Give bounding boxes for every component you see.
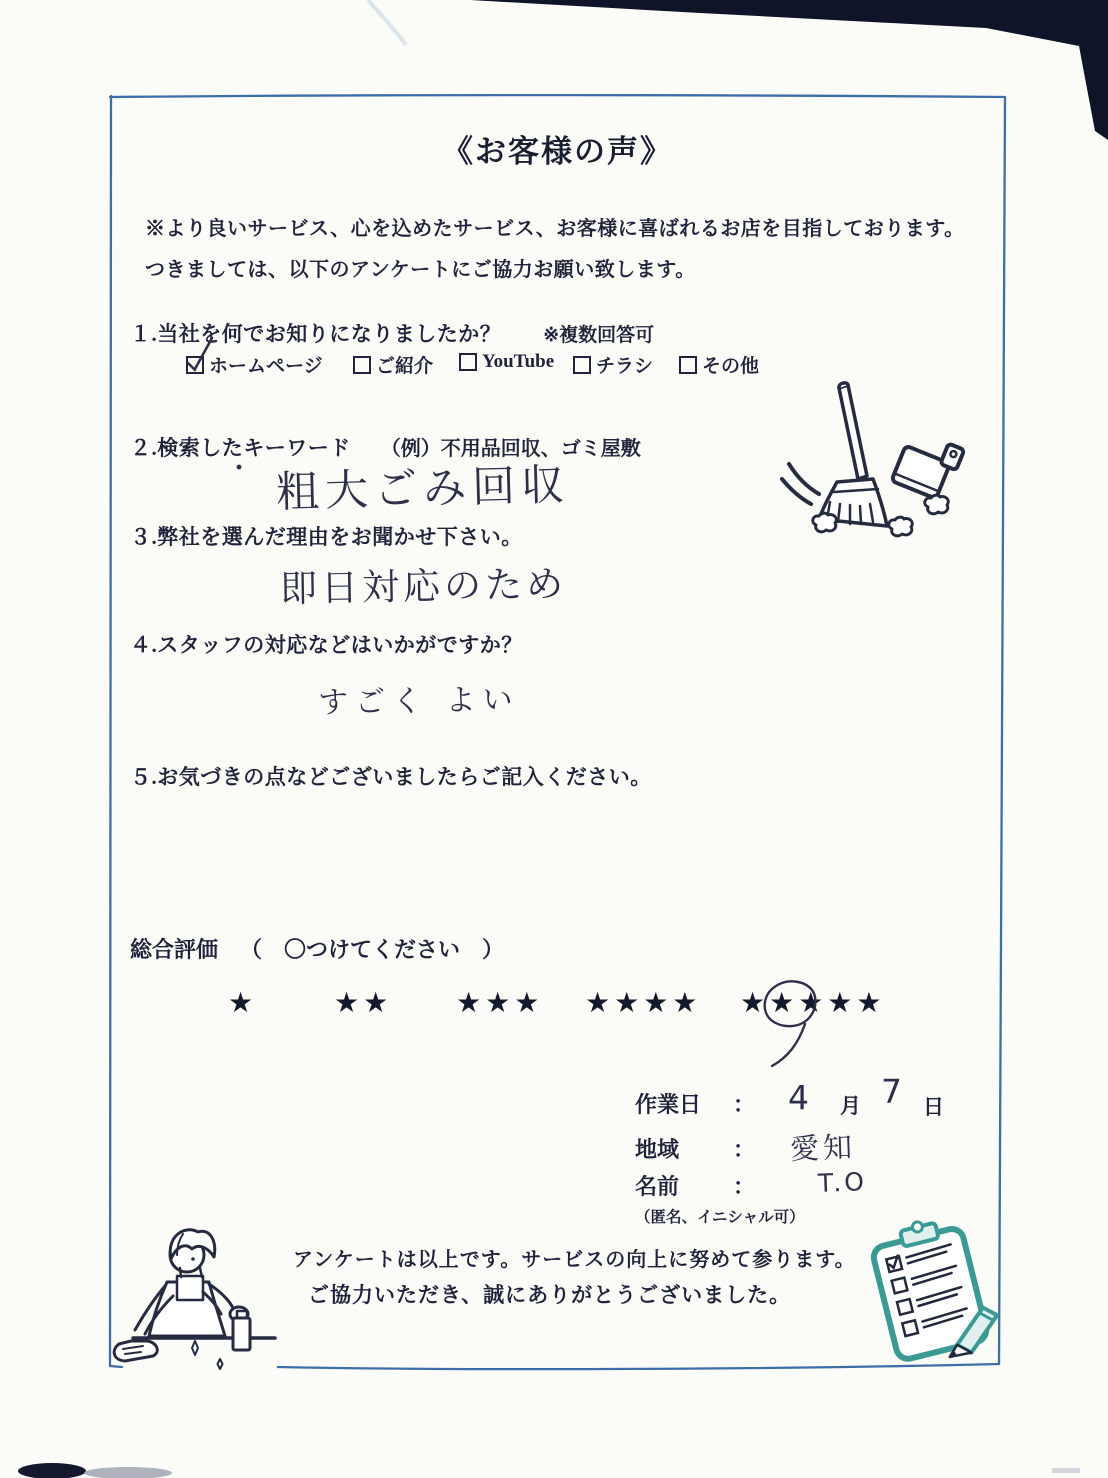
option-flyer-label: チラシ: [596, 351, 653, 378]
anonymous-note: （匿名、イニシャル可）: [635, 1205, 805, 1227]
footer-line-2: ご協力いただき、誠にありがとうございました。: [308, 1279, 791, 1309]
option-homepage: ホームページ: [186, 351, 323, 378]
page-title: 《お客様の声》: [110, 126, 1005, 171]
region-colon: ：: [733, 1133, 755, 1164]
intro-line-1: ※より良いサービス、心を込めたサービス、お客様に喜ばれるお店を目指しております。: [145, 212, 965, 241]
broom-dustpan-icon: [773, 372, 1000, 548]
star-group-2: ★★: [334, 986, 392, 1019]
question-2-handwritten-answer: 粗大ごみ回収: [275, 451, 570, 520]
question-3-handwritten-answer: 即日対応のため: [280, 553, 568, 612]
region-handwritten-value: 愛知: [789, 1125, 856, 1168]
option-flyer: チラシ: [573, 351, 653, 378]
option-homepage-label: ホームページ: [209, 351, 323, 378]
rating-label: 総合評価: [130, 937, 218, 962]
option-referral: ご紹介: [353, 351, 433, 378]
question-1-note: ※複数回答可: [543, 325, 654, 346]
question-1-heading-row: １.当社を何でお知りになりましたか？ ※複数回答可: [130, 318, 654, 348]
option-other: その他: [679, 351, 759, 378]
star-group-5: ★★★★★: [740, 986, 886, 1019]
name-handwritten-value: T.O: [818, 1167, 868, 1198]
option-youtube: YouTube: [459, 351, 554, 373]
intro-line-2: つきましては、以下のアンケートにご協力お願い致します。: [145, 253, 696, 282]
name-colon: ：: [733, 1170, 755, 1201]
checkbox-flyer: [573, 356, 591, 374]
option-other-label: その他: [702, 351, 759, 378]
work-date-label: 作業日: [635, 1088, 701, 1119]
clipboard-pencil-icon: [843, 1216, 1015, 1364]
rating-row: 総合評価 （ 〇つけてください ）: [130, 933, 504, 964]
star-group-1: ★: [228, 986, 257, 1019]
work-date-day-value: 7: [881, 1072, 902, 1111]
cleaning-person-icon: [103, 1222, 310, 1414]
question-4-heading: ４.スタッフの対応などはいかがですか？: [130, 629, 523, 659]
question-1-heading: １.当社を何でお知りになりましたか？: [130, 322, 501, 346]
star-group-4: ★★★★: [585, 986, 701, 1019]
checkbox-homepage: [186, 356, 204, 374]
scanned-survey-page: 《お客様の声》 ※より良いサービス、心を込めたサービス、お客様に喜ばれるお店を目…: [0, 0, 1108, 1478]
option-youtube-label: YouTube: [482, 351, 554, 373]
question-4-handwritten-answer: すごく よい: [318, 674, 520, 722]
work-date-month-value: 4: [788, 1078, 809, 1117]
region-label: 地域: [635, 1133, 679, 1164]
checkbox-other: [679, 356, 697, 374]
name-label: 名前: [635, 1170, 679, 1201]
rating-instruction: （ 〇つけてください ）: [240, 937, 504, 962]
option-referral-label: ご紹介: [376, 351, 433, 378]
work-date-month-unit: 月: [840, 1090, 861, 1120]
checkbox-youtube: [459, 353, 477, 371]
star-group-3: ★★★: [456, 986, 543, 1019]
work-date-colon: ：: [733, 1088, 755, 1119]
work-date-day-unit: 日: [923, 1091, 944, 1121]
question-5-heading: ５.お気づきの点などございましたらご記入ください。: [130, 761, 652, 791]
footer-line-1: アンケートは以上です。サービスの向上に努めて参ります。: [293, 1243, 856, 1272]
question-3-heading: ３.弊社を選んだ理由をお聞かせ下さい。: [130, 521, 523, 551]
question-2-heading: ２.検索したキーワード: [130, 436, 351, 460]
checkbox-referral: [353, 356, 371, 374]
